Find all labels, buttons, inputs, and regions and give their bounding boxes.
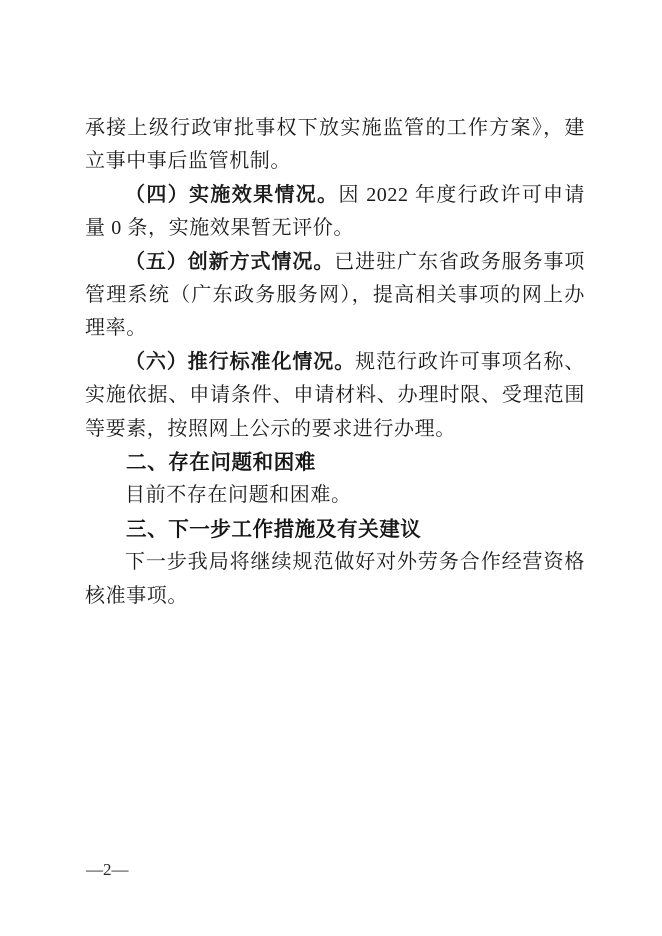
paragraph-item-6: （六）推行标准化情况。规范行政许可事项名称、实施依据、申请条件、申请材料、办理时…	[85, 346, 585, 446]
heading-section-3: 三、下一步工作措施及有关建议	[85, 513, 585, 546]
paragraph-no-issues: 目前不存在问题和困难。	[85, 479, 585, 512]
paragraph-continuation-text: 承接上级行政审批事权下放实施监管的工作方案》，建立事中事后监管机制。	[85, 117, 585, 172]
item-4-lead: （四）实施效果情况。	[125, 184, 339, 206]
item-6-lead: （六）推行标准化情况。	[125, 351, 355, 373]
paragraph-continuation: 承接上级行政审批事权下放实施监管的工作方案》，建立事中事后监管机制。	[85, 112, 585, 179]
item-5-lead: （五）创新方式情况。	[125, 251, 334, 273]
document-body: 承接上级行政审批事权下放实施监管的工作方案》，建立事中事后监管机制。 （四）实施…	[85, 112, 585, 613]
paragraph-item-5: （五）创新方式情况。已进驻广东省政务服务事项管理系统（广东政务服务网），提高相关…	[85, 246, 585, 346]
paragraph-item-4: （四）实施效果情况。因 2022 年度行政许可申请量 0 条，实施效果暂无评价。	[85, 179, 585, 246]
paragraph-next-steps: 下一步我局将继续规范做好对外劳务合作经营资格核准事项。	[85, 546, 585, 613]
heading-section-2: 二、存在问题和困难	[85, 446, 585, 479]
document-page: 承接上级行政审批事权下放实施监管的工作方案》，建立事中事后监管机制。 （四）实施…	[0, 0, 662, 936]
page-number: —2—	[86, 860, 129, 880]
